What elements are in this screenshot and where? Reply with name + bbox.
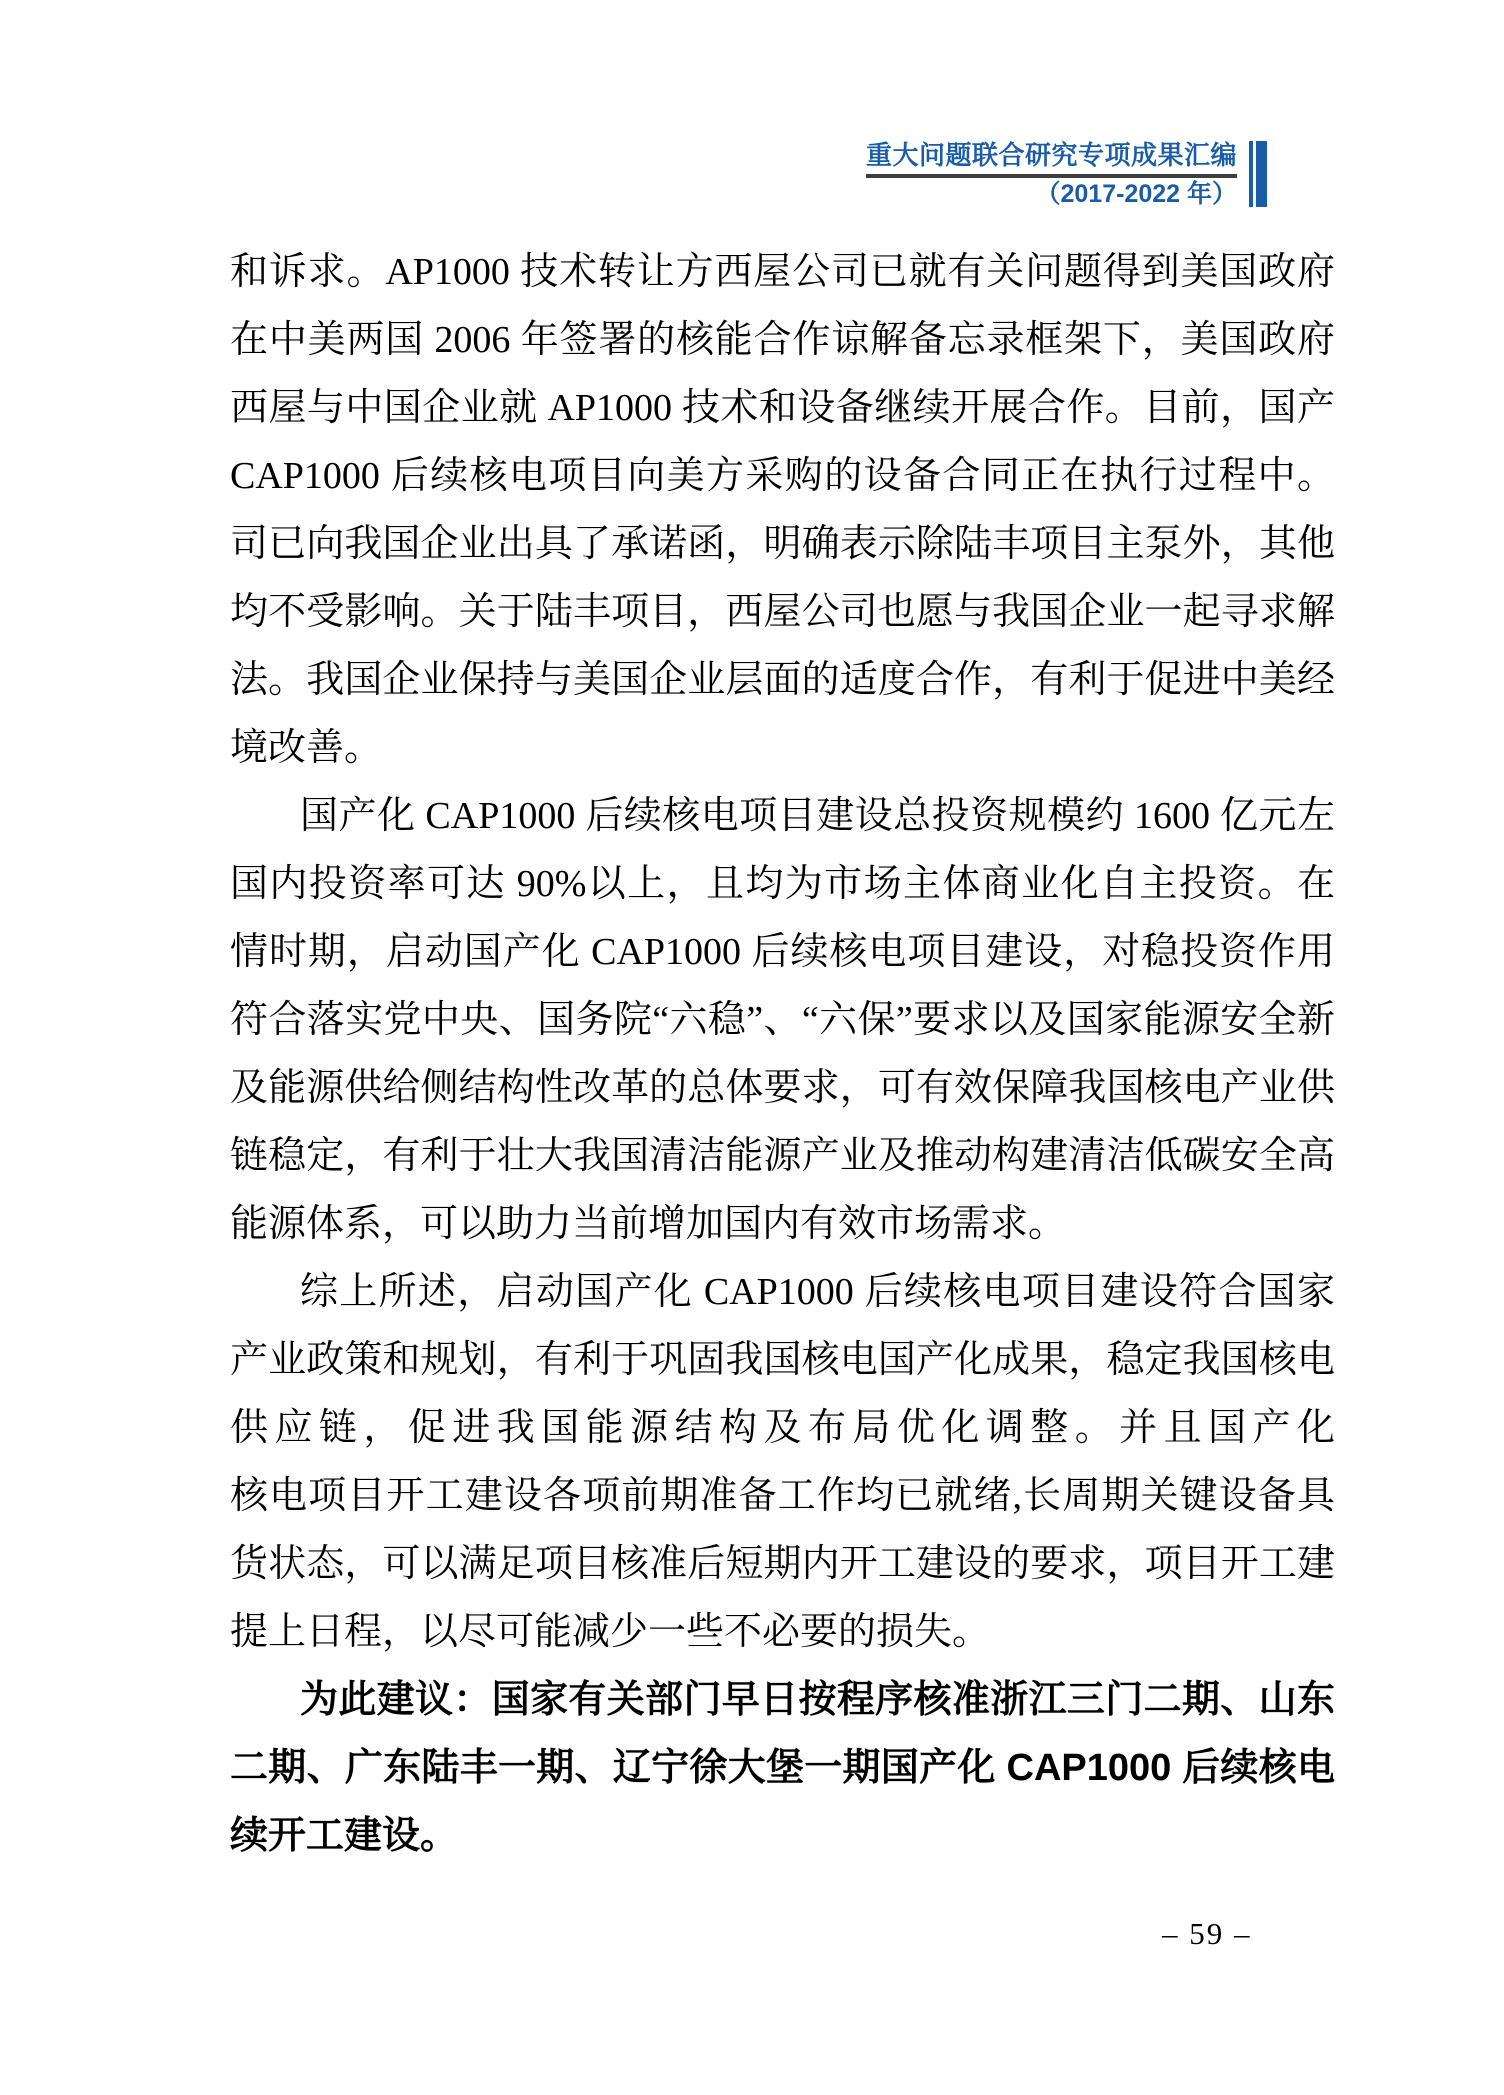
text-line: 供应链，促进我国能源结构及布局优化调整。并且国产化 CAP1000 后续	[230, 1394, 1335, 1462]
page-number: – 59 –	[1162, 1916, 1252, 1952]
text-line: 境改善。	[230, 714, 1335, 782]
text-line: 产业政策和规划，有利于巩固我国核电国产化成果，稳定我国核电产业	[230, 1326, 1335, 1394]
text-line: 国内投资率可达 90%以上，且均为市场主体商业化自主投资。在后疫	[230, 850, 1335, 918]
document-page: 重大问题联合研究专项成果汇编 （2017-2022 年） 和诉求。AP1000 …	[0, 0, 1504, 2095]
text-line: 情时期，启动国产化 CAP1000 后续核电项目建设，对稳投资作用明显，	[230, 918, 1335, 986]
text-line: 国产化 CAP1000 后续核电项目建设总投资规模约 1600 亿元左右，	[230, 782, 1335, 850]
text-line: 为此建议：国家有关部门早日按程序核准浙江三门二期、山东海阳	[230, 1666, 1335, 1734]
text-line: 能源体系，可以助力当前增加国内有效市场需求。	[230, 1190, 1335, 1258]
header-bar-thin	[1249, 141, 1253, 207]
text-line: 在中美两国 2006 年签署的核能合作谅解备忘录框架下，美国政府同意	[230, 306, 1335, 374]
text-line: 提上日程，以尽可能减少一些不必要的损失。	[230, 1598, 1335, 1666]
header-bars	[1249, 141, 1267, 207]
text-line: 西屋与中国企业就 AP1000 技术和设备继续开展合作。目前，国产化	[230, 374, 1335, 442]
text-line: 链稳定，有利于壮大我国清洁能源产业及推动构建清洁低碳安全高效	[230, 1122, 1335, 1190]
header-bar-thick	[1256, 141, 1267, 207]
text-line: 符合落实党中央、国务院“六稳”、“六保”要求以及国家能源安全新战略	[230, 986, 1335, 1054]
text-line: 司已向我国企业出具了承诺函，明确表示除陆丰项目主泵外，其他合作	[230, 510, 1335, 578]
text-line: 货状态，可以满足项目核准后短期内开工建设的要求，项目开工建设宜	[230, 1530, 1335, 1598]
text-line: 核电项目开工建设各项前期准备工作均已就绪,长周期关键设备具备交	[230, 1462, 1335, 1530]
text-line: 均不受影响。关于陆丰项目，西屋公司也愿与我国企业一起寻求解决办	[230, 578, 1335, 646]
text-line: CAP1000 后续核电项目向美方采购的设备合同正在执行过程中。西屋公	[230, 442, 1335, 510]
header-title: 重大问题联合研究专项成果汇编	[866, 141, 1237, 169]
text-line: 及能源供给侧结构性改革的总体要求，可有效保障我国核电产业供应	[230, 1054, 1335, 1122]
page-header: 重大问题联合研究专项成果汇编 （2017-2022 年）	[866, 141, 1267, 207]
text-line: 续开工建设。	[230, 1802, 1335, 1870]
text-line: 法。我国企业保持与美国企业层面的适度合作，有利于促进中美经贸环	[230, 646, 1335, 714]
text-line: 综上所述，启动国产化 CAP1000 后续核电项目建设符合国家有关	[230, 1258, 1335, 1326]
header-subtitle: （2017-2022 年）	[1035, 181, 1237, 207]
document-body: 和诉求。AP1000 技术转让方西屋公司已就有关问题得到美国政府澄清：在中美两国…	[230, 238, 1335, 1870]
header-underline	[866, 174, 1237, 178]
text-line: 和诉求。AP1000 技术转让方西屋公司已就有关问题得到美国政府澄清：	[230, 238, 1335, 306]
text-line: 二期、广东陆丰一期、辽宁徐大堡一期国产化 CAP1000 后续核电项目陆	[230, 1734, 1335, 1802]
header-text-block: 重大问题联合研究专项成果汇编 （2017-2022 年）	[866, 141, 1237, 207]
